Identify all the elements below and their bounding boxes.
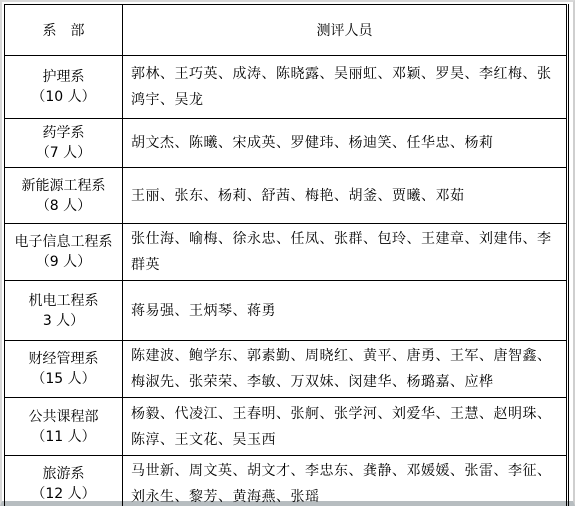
dept-name: 电子信息工程系 <box>7 232 120 252</box>
dept-count: （12 人） <box>7 484 120 504</box>
dept-count: （11 人） <box>7 427 120 447</box>
dept-cell: 机电工程系 3 人） <box>5 281 123 341</box>
members-cell: 郭林、王巧英、成涛、陈晓露、吴丽虹、邓颖、罗昊、李红梅、张鸿宇、吴龙 <box>123 56 568 119</box>
members-cell: 蒋易强、王炳琴、蒋勇 <box>123 281 568 341</box>
evaluation-staff-table: 系 部 测评人员 护理系 （10 人） 郭林、王巧英、成涛、陈晓露、吴丽虹、邓颖… <box>4 4 569 506</box>
members-cell: 王丽、张东、杨莉、舒茜、梅艳、胡釜、贾曦、邓茹 <box>123 168 568 224</box>
header-dept: 系 部 <box>5 5 123 56</box>
table-row: 机电工程系 3 人） 蒋易强、王炳琴、蒋勇 <box>5 281 568 341</box>
dept-count: （15 人） <box>7 369 120 389</box>
dept-count: （8 人） <box>7 196 120 216</box>
dept-cell: 新能源工程系 （8 人） <box>5 168 123 224</box>
members-cell: 马世新、周文英、胡文才、李忠东、龚静、邓媛媛、张雷、李征、刘永生、黎芳、黄海燕、… <box>123 456 568 506</box>
members-cell: 杨毅、代凌江、王春明、张舸、张学河、刘爱华、王慧、赵明珠、陈淳、王文花、吴玉西 <box>123 398 568 456</box>
dept-cell: 旅游系 （12 人） <box>5 456 123 506</box>
dept-name: 公共课程部 <box>7 407 120 427</box>
dept-cell: 财经管理系 （15 人） <box>5 341 123 398</box>
dept-name: 财经管理系 <box>7 349 120 369</box>
dept-cell: 药学系 （7 人） <box>5 119 123 168</box>
dept-cell: 公共课程部 （11 人） <box>5 398 123 456</box>
dept-name: 药学系 <box>7 123 120 143</box>
table-row: 药学系 （7 人） 胡文杰、陈曦、宋成英、罗健玮、杨迪笑、任华忠、杨莉 <box>5 119 568 168</box>
dept-name: 机电工程系 <box>7 291 120 311</box>
document-frame: 系 部 测评人员 护理系 （10 人） 郭林、王巧英、成涛、陈晓露、吴丽虹、邓颖… <box>0 0 575 506</box>
dept-name: 护理系 <box>7 67 120 87</box>
table-row: 财经管理系 （15 人） 陈建波、鲍学东、郭素勤、周晓红、黄平、唐勇、王军、唐智… <box>5 341 568 398</box>
dept-count: （10 人） <box>7 87 120 107</box>
table-header-row: 系 部 测评人员 <box>5 5 568 56</box>
dept-count: 3 人） <box>7 311 120 331</box>
members-cell: 张仕海、喻梅、徐永忠、任凤、张群、包玲、王建章、刘建伟、李群英 <box>123 224 568 281</box>
table-row: 护理系 （10 人） 郭林、王巧英、成涛、陈晓露、吴丽虹、邓颖、罗昊、李红梅、张… <box>5 56 568 119</box>
table-row: 公共课程部 （11 人） 杨毅、代凌江、王春明、张舸、张学河、刘爱华、王慧、赵明… <box>5 398 568 456</box>
dept-count: （7 人） <box>7 143 120 163</box>
dept-cell: 电子信息工程系 （9 人） <box>5 224 123 281</box>
members-cell: 胡文杰、陈曦、宋成英、罗健玮、杨迪笑、任华忠、杨莉 <box>123 119 568 168</box>
members-cell: 陈建波、鲍学东、郭素勤、周晓红、黄平、唐勇、王军、唐智鑫、梅淑先、张荣荣、李敏、… <box>123 341 568 398</box>
table-row: 电子信息工程系 （9 人） 张仕海、喻梅、徐永忠、任凤、张群、包玲、王建章、刘建… <box>5 224 568 281</box>
table-row: 新能源工程系 （8 人） 王丽、张东、杨莉、舒茜、梅艳、胡釜、贾曦、邓茹 <box>5 168 568 224</box>
dept-name: 旅游系 <box>7 464 120 484</box>
dept-cell: 护理系 （10 人） <box>5 56 123 119</box>
table-row: 旅游系 （12 人） 马世新、周文英、胡文才、李忠东、龚静、邓媛媛、张雷、李征、… <box>5 456 568 506</box>
dept-count: （9 人） <box>7 252 120 272</box>
header-members: 测评人员 <box>123 5 568 56</box>
dept-name: 新能源工程系 <box>7 176 120 196</box>
